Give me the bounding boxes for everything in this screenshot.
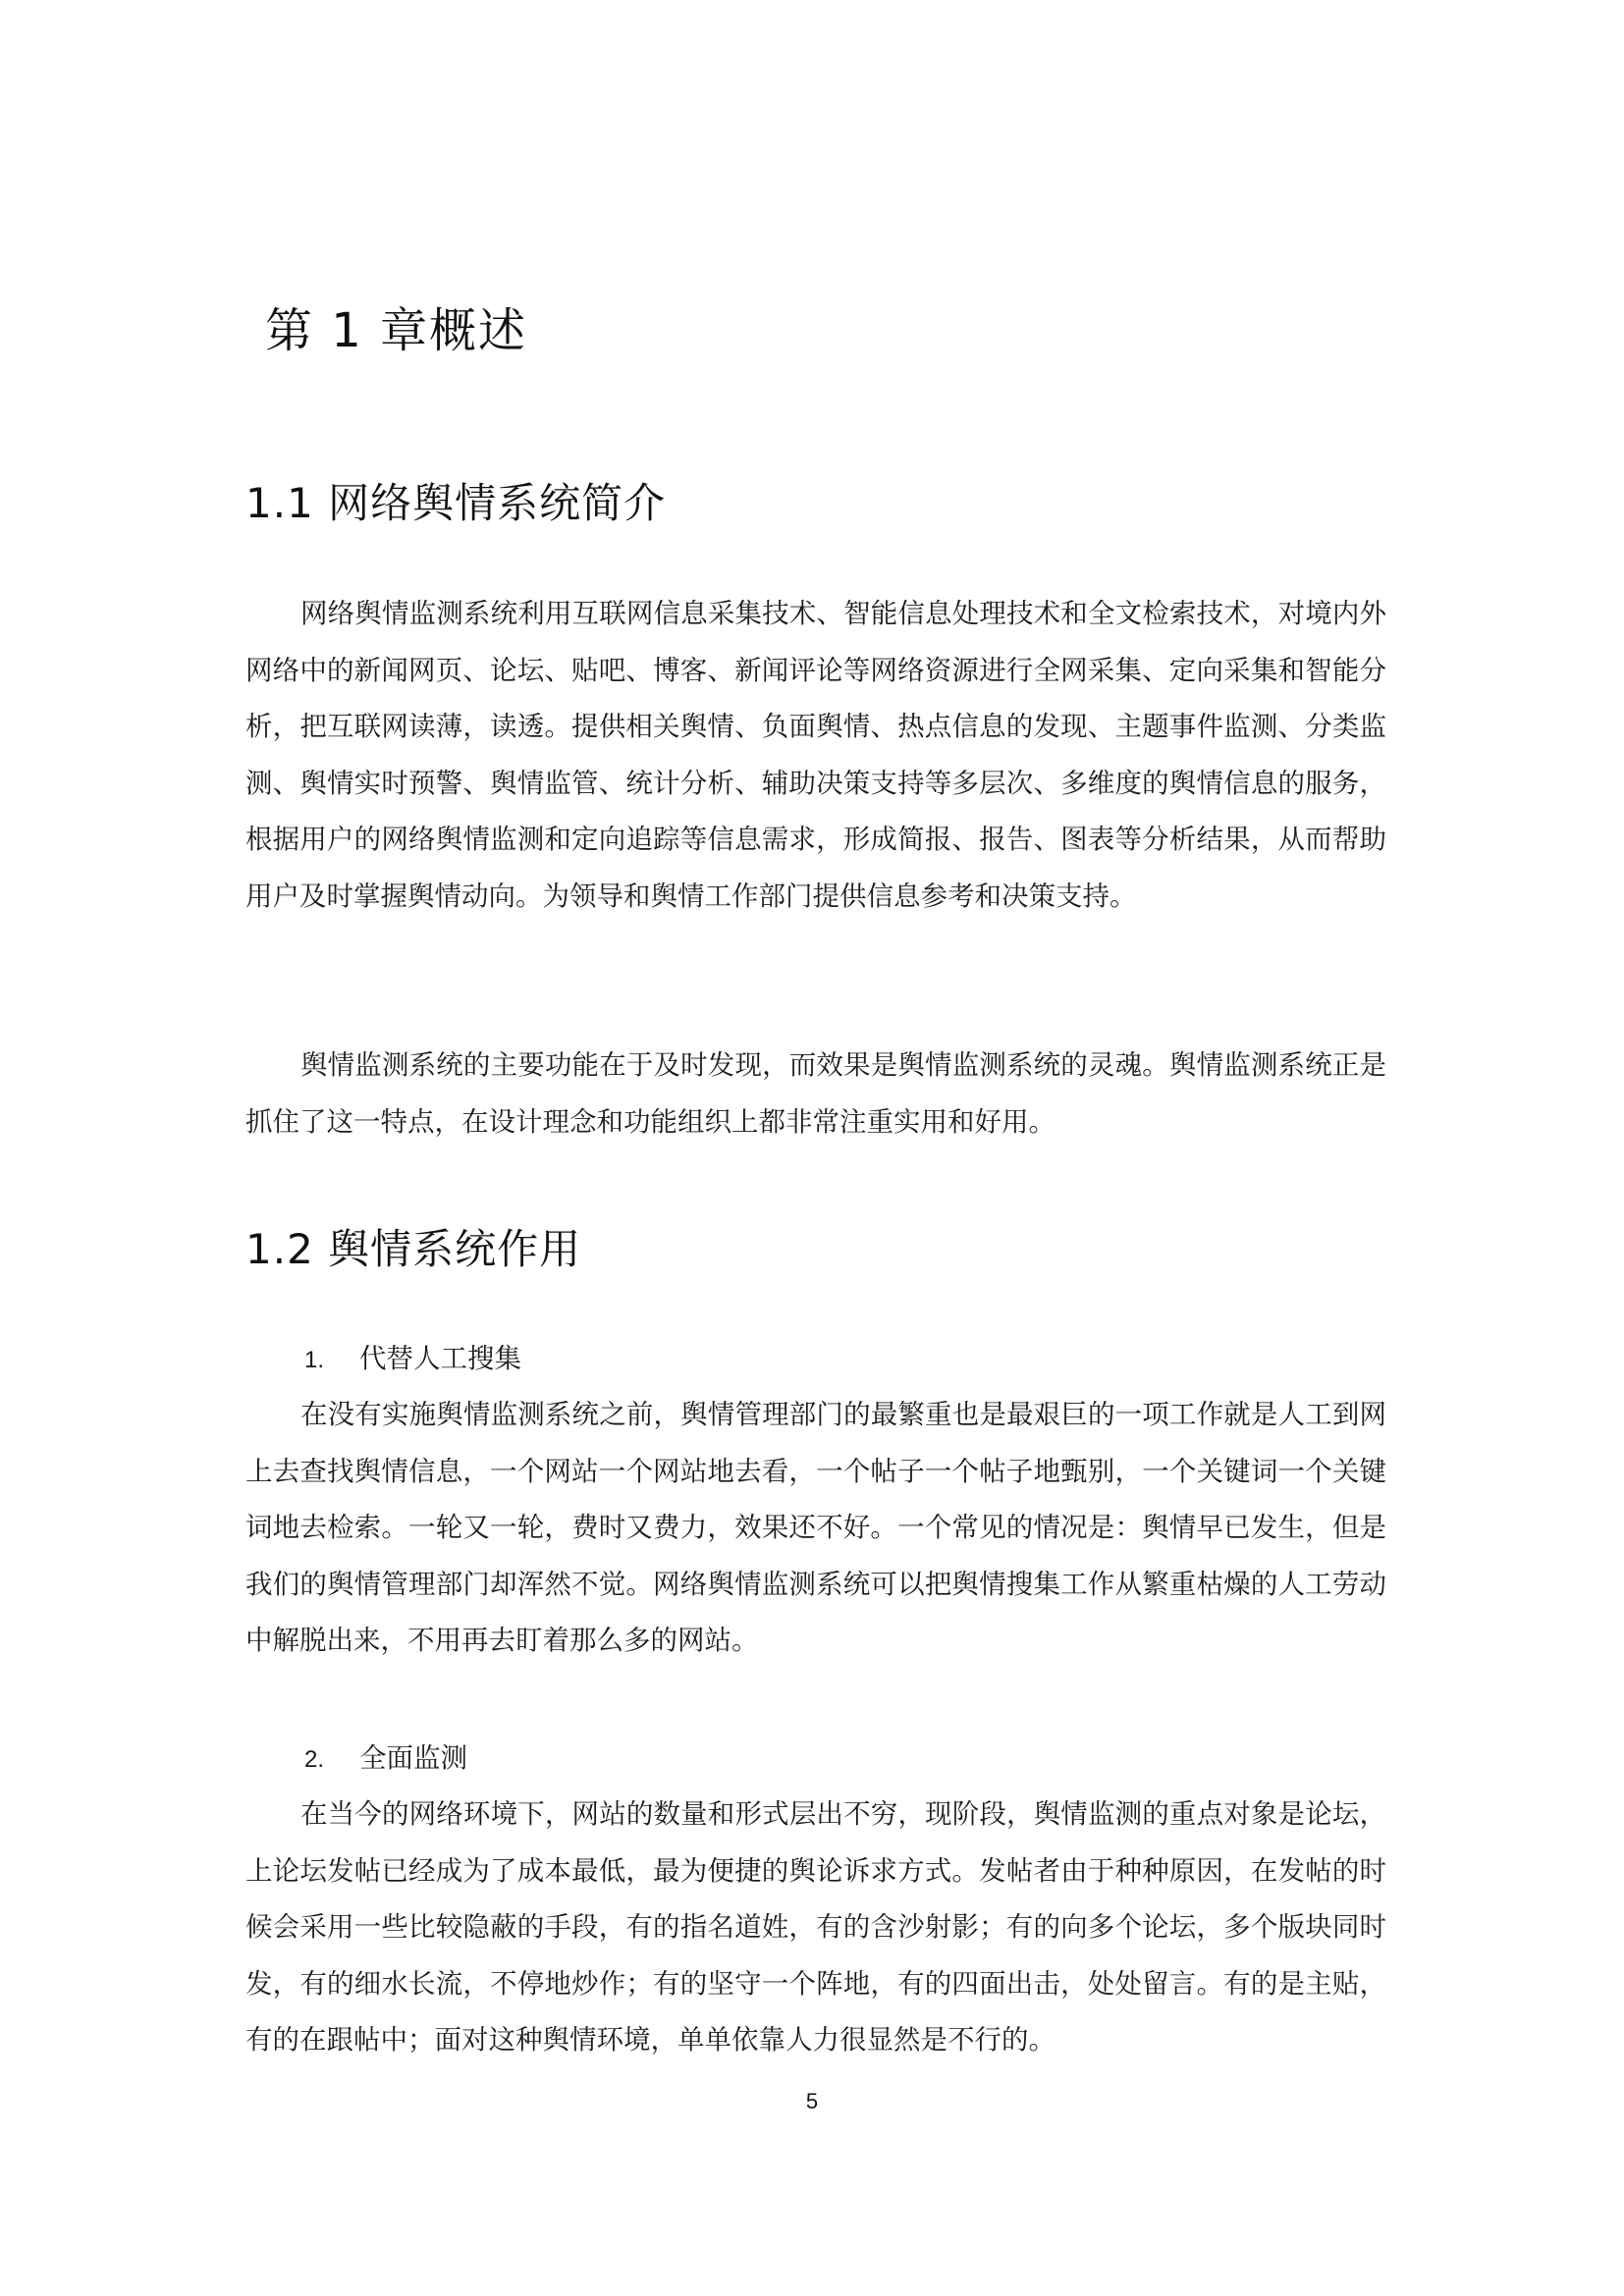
chapter-title: 第 1 章概述 xyxy=(265,293,527,360)
section-title-1-1: 1.1 网络舆情系统简介 xyxy=(245,471,666,530)
list-heading: 全面监测 xyxy=(359,1742,467,1774)
list-item-1-text: 在没有实施舆情监测系统之前，舆情管理部门的最繁重也是最艰巨的一项工作就是人工到网… xyxy=(245,1387,1386,1670)
document-page: 第 1 章概述 1.1 网络舆情系统简介 网络舆情监测系统利用互联网信息采集技术… xyxy=(0,0,1624,2296)
list-item-2-heading: 2.全面监测 xyxy=(304,1731,467,1789)
page-number: 5 xyxy=(0,2089,1624,2114)
list-item-2-text: 在当今的网络环境下，网站的数量和形式层出不穷，现阶段，舆情监测的重点对象是论坛，… xyxy=(245,1787,1386,2069)
list-number: 1. xyxy=(304,1332,359,1389)
list-heading: 代替人工搜集 xyxy=(359,1343,521,1374)
section-title-1-2: 1.2 舆情系统作用 xyxy=(245,1217,581,1276)
list-item-1-heading: 1.代替人工搜集 xyxy=(304,1331,521,1389)
list-number: 2. xyxy=(304,1732,359,1789)
section-1-1-paragraph-1: 网络舆情监测系统利用互联网信息采集技术、智能信息处理技术和全文检索技术，对境内外… xyxy=(245,586,1386,925)
section-1-1-paragraph-2: 舆情监测系统的主要功能在于及时发现，而效果是舆情监测系统的灵魂。舆情监测系统正是… xyxy=(245,1038,1386,1150)
